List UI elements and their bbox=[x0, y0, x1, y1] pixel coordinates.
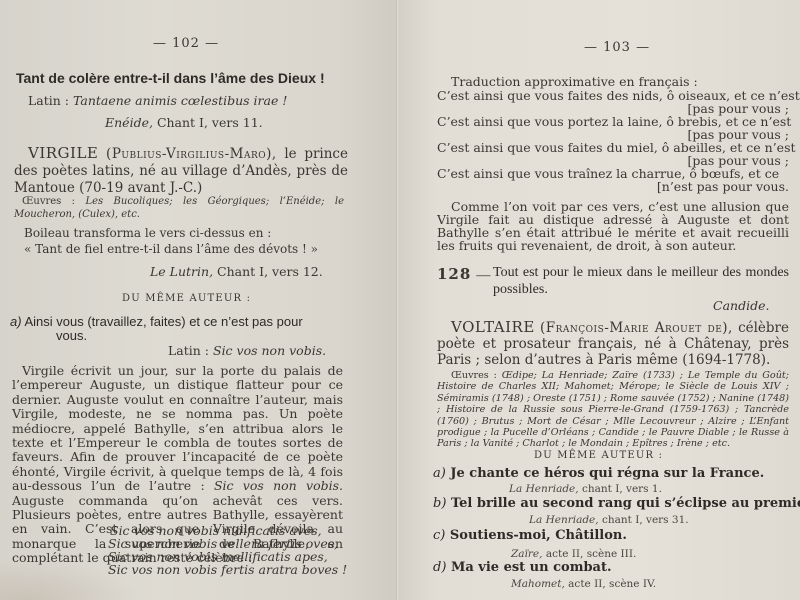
quote-text: Soutiens-moi, Châtillon. bbox=[450, 528, 627, 543]
same-author-heading: Du même auteur : bbox=[534, 450, 663, 461]
works-label: Œuvres : bbox=[22, 196, 75, 207]
boileau-citation: Le Lutrin, Chant I, vers 12. bbox=[150, 263, 323, 280]
book-spine bbox=[396, 0, 398, 600]
item-a-latin-text: Sic vos non vobis. bbox=[213, 343, 326, 358]
quote-letter: c) bbox=[433, 528, 445, 543]
works-text: Œdipe; La Henriade; Zaïre (1733) ; Le Te… bbox=[437, 370, 789, 449]
source-work: Enéide, bbox=[105, 115, 153, 130]
item-a-letter: a) bbox=[10, 314, 22, 329]
cite-work: La Henriade, bbox=[509, 483, 579, 495]
verse-line: Sic vos non vobis fertis aratra boves ! bbox=[108, 563, 347, 576]
latin-text: Tantaene animis cœlestibus irae ! bbox=[73, 93, 287, 108]
voltaire-works-block: Œuvres : Œdipe; La Henriade; Zaïre (1733… bbox=[437, 370, 789, 450]
quote-d: d) Ma vie est un combat. bbox=[433, 560, 612, 575]
quote-letter: b) bbox=[433, 496, 446, 511]
quote-text: Tel brille au second rang qui s’éclipse … bbox=[451, 496, 800, 511]
latin-label: Latin : bbox=[28, 93, 69, 108]
latin-line: Latin : Tantaene animis cœlestibus irae … bbox=[28, 92, 287, 109]
works-label: Œuvres : bbox=[451, 370, 497, 381]
author-fullname: (François-Marie Arouet de), bbox=[540, 320, 733, 336]
cite-ref: acte II, scène III. bbox=[546, 548, 636, 560]
entry-source: Candide. bbox=[713, 297, 769, 314]
source-ref: Chant I, vers 11. bbox=[157, 115, 263, 130]
cite-work: La Henriade, bbox=[529, 514, 599, 526]
item-a-text: Ainsi vous (travaillez, faites) et ce n’… bbox=[24, 314, 302, 329]
same-author-heading: Du même auteur : bbox=[122, 293, 251, 304]
translation-block: C’est ainsi que vous faites des nids, ô … bbox=[437, 89, 789, 193]
author-name: VIRGILE bbox=[28, 144, 98, 162]
cite-work: Mahomet, bbox=[511, 578, 565, 590]
author-fullname: (Publius-Virgilius-Maro), bbox=[106, 146, 277, 162]
page-shadow bbox=[0, 560, 140, 600]
quote-citation: La Henriade, chant I, vers 31. bbox=[529, 514, 689, 526]
author-bio-block: VIRGILE (Publius-Virgilius-Maro), le pri… bbox=[14, 145, 348, 197]
cite-work: Zaïre, bbox=[511, 548, 543, 560]
cite-ref: chant I, vers 31. bbox=[602, 514, 689, 526]
quote-c: c) Soutiens-moi, Châtillon. bbox=[433, 528, 627, 543]
quote-text: Ma vie est un combat. bbox=[451, 560, 612, 575]
translation-cont: [n’est pas pour vous. bbox=[437, 180, 789, 193]
commentary-text: Comme l’on voit par ces vers, c’est une … bbox=[437, 199, 789, 253]
quote-a: a) Je chante ce héros qui régna sur la F… bbox=[433, 466, 764, 481]
entry-title: Tout est pour le mieux dans le meilleur … bbox=[493, 264, 789, 298]
quote-letter: a) bbox=[433, 466, 446, 481]
cite-ref: acte II, scène IV. bbox=[568, 578, 656, 590]
boileau-quote: « Tant de fiel entre-t-il dans l’âme des… bbox=[24, 241, 318, 258]
item-a: a) Ainsi vous (travaillez, faites) et ce… bbox=[10, 314, 303, 329]
source-citation: Enéide, Chant I, vers 11. bbox=[105, 114, 263, 131]
boileau-intro: Boileau transforma le vers ci-dessus en … bbox=[24, 225, 271, 242]
book-spread: — 102 — Tant de colère entre-t-il dans l… bbox=[0, 0, 800, 600]
verse-quatrain: Sic vos non vobis nidificatis aves, Sic … bbox=[108, 524, 347, 576]
item-a-text-cont: vous. bbox=[56, 328, 87, 343]
quote-letter: d) bbox=[433, 560, 446, 575]
quote-citation: Zaïre, acte II, scène III. bbox=[511, 548, 636, 560]
right-page: — 103 — Traduction approximative en fran… bbox=[397, 0, 800, 600]
story-text: Virgile écrivit un jour, sur la porte du… bbox=[12, 363, 343, 493]
cite-ref: chant I, vers 1. bbox=[582, 483, 662, 495]
left-page: — 102 — Tant de colère entre-t-il dans l… bbox=[0, 0, 397, 600]
item-a-latin-label: Latin : bbox=[168, 343, 209, 358]
works-block: Œuvres : Les Bucoliques; les Géorgiques;… bbox=[14, 196, 344, 221]
author-name: VOLTAIRE bbox=[451, 318, 535, 336]
quote-citation: Mahomet, acte II, scène IV. bbox=[511, 578, 656, 590]
entry-number: 128 bbox=[437, 265, 471, 283]
item-a-latin: Latin : Sic vos non vobis. bbox=[168, 342, 326, 359]
quote-title: Tant de colère entre-t-il dans l’âme des… bbox=[16, 70, 325, 86]
quote-b: b) Tel brille au second rang qui s’éclip… bbox=[433, 496, 800, 511]
entry-dash: — bbox=[476, 268, 490, 283]
commentary-paragraph: Comme l’on voit par ces vers, c’est une … bbox=[437, 200, 789, 252]
page-number: — 102 — bbox=[153, 36, 219, 51]
boileau-work: Le Lutrin, bbox=[150, 264, 213, 279]
quote-text: Je chante ce héros qui régna sur la Fran… bbox=[450, 466, 764, 481]
boileau-ref: Chant I, vers 12. bbox=[217, 264, 323, 279]
quote-citation: La Henriade, chant I, vers 1. bbox=[509, 483, 662, 495]
page-number: — 103 — bbox=[584, 40, 650, 55]
voltaire-bio-block: VOLTAIRE (François-Marie Arouet de), cél… bbox=[437, 319, 789, 368]
story-latin: Sic vos non vobis. bbox=[214, 478, 343, 493]
